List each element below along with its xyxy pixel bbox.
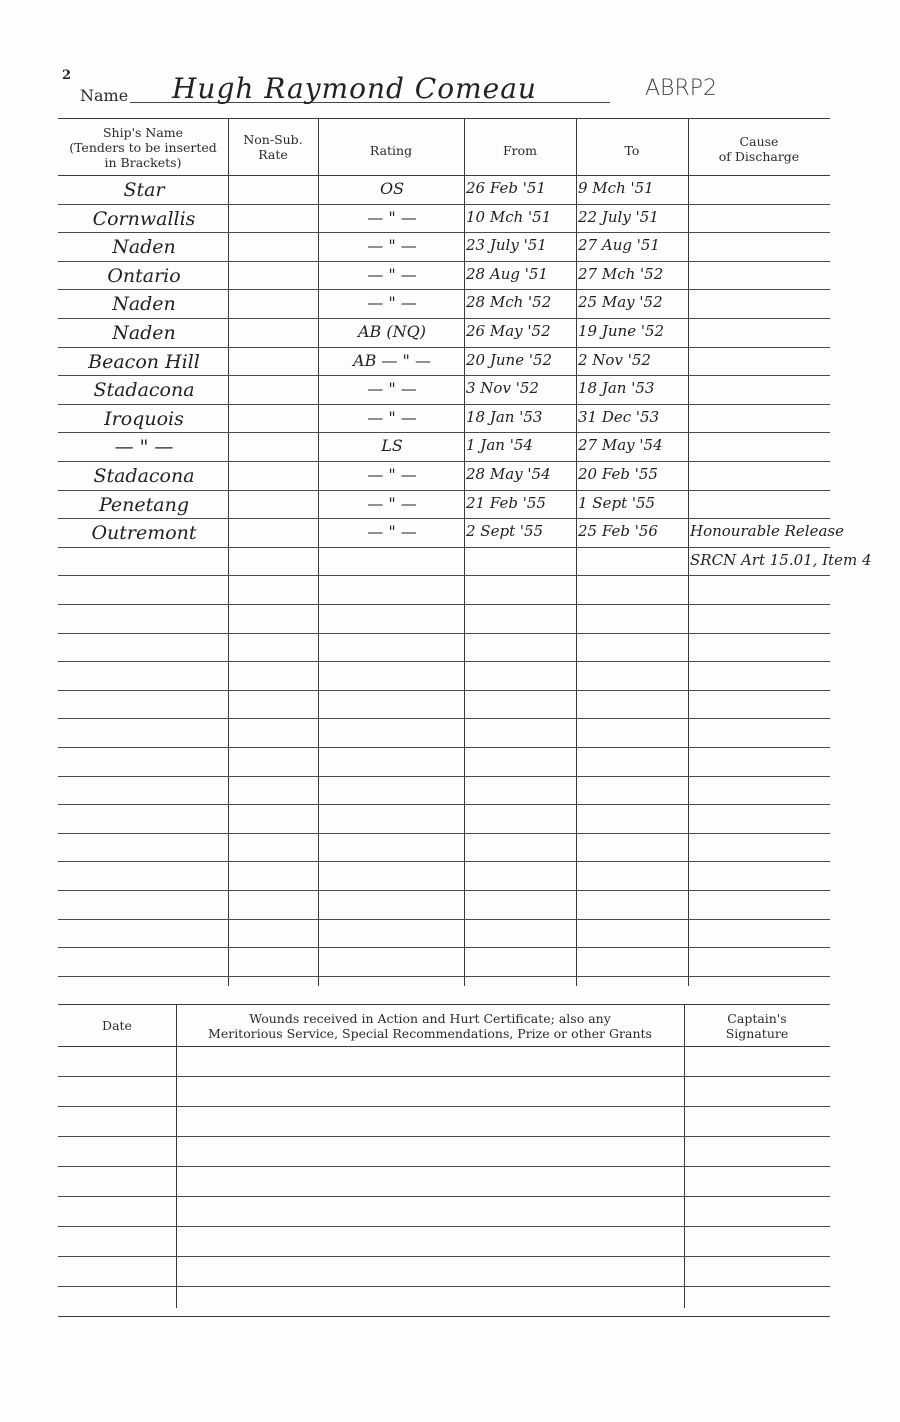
row-line [58,289,830,290]
column-header-date: Date [58,1018,176,1033]
row-line [58,1226,830,1227]
cell-from: 26 May '52 [466,322,576,340]
row-line [58,776,830,777]
cell-rating: — " — [322,208,462,227]
row-line [58,432,830,433]
awards-header-bottom-border [58,1046,830,1047]
header-line: Wounds received in Action and Hurt Certi… [176,1011,684,1026]
column-divider [464,118,465,986]
row-line [58,1136,830,1137]
row-line [58,976,830,977]
cell-to: 9 Mch '51 [578,179,688,197]
row-line [58,718,830,719]
column-header-from: From [464,143,576,158]
row-line [58,1106,830,1107]
header-line: Ship's Name [58,125,228,140]
cell-ship: Star [62,179,226,201]
column-header-non-sub-rate: Non-Sub. Rate [228,132,318,162]
row-line [58,861,830,862]
row-line [58,575,830,576]
row-line [58,1196,830,1197]
header-line: Meritorious Service, Special Recommendat… [176,1026,684,1041]
header-line: in Brackets) [58,155,228,170]
cell-rating: — " — [322,494,462,513]
cell-to: 20 Feb '55 [578,465,688,483]
cell-rating: — " — [322,522,462,541]
cell-ship: Naden [62,293,226,315]
cell-rating: LS [322,436,462,455]
cell-rating: — " — [322,293,462,312]
cell-ship: — " — [62,436,226,458]
cell-from: 21 Feb '55 [466,494,576,512]
awards-bottom-border [58,1316,830,1317]
cell-from: 10 Mch '51 [466,208,576,226]
cell-rating: AB (NQ) [322,322,462,341]
cell-to: 27 Aug '51 [578,236,688,254]
column-header-cause-of-discharge: Cause of Discharge [688,134,830,164]
row-line [58,890,830,891]
cell-to: 25 Feb '56 [578,522,688,540]
row-line [58,833,830,834]
cell-rating: — " — [322,379,462,398]
cell-to: 19 June '52 [578,322,688,340]
row-line [58,490,830,491]
cell-cause: Honourable Release [690,522,900,540]
cell-ship: Naden [62,236,226,258]
cell-to: 31 Dec '53 [578,408,688,426]
row-line [58,518,830,519]
row-line [58,318,830,319]
cell-ship: Cornwallis [62,208,226,230]
cell-to: 1 Sept '55 [578,494,688,512]
row-line [58,547,830,548]
row-line [58,1286,830,1287]
cell-from: 2 Sept '55 [466,522,576,540]
row-line [58,1076,830,1077]
cell-from: 18 Jan '53 [466,408,576,426]
row-line [58,804,830,805]
column-header-ships-name: Ship's Name (Tenders to be inserted in B… [58,125,228,170]
rank-annotation: ABRP2 [645,76,717,101]
row-line [58,375,830,376]
cell-cause: SRCN Art 15.01, Item 4 [690,551,900,569]
cell-from: 28 May '54 [466,465,576,483]
page-number: 2 [62,68,71,83]
row-line [58,747,830,748]
table-top-border [58,118,830,119]
cell-ship: Stadacona [62,379,226,401]
cell-ship: Iroquois [62,408,226,430]
cell-from: 20 June '52 [466,351,576,369]
cell-ship: Outremont [62,522,226,544]
cell-from: 1 Jan '54 [466,436,576,454]
cell-rating: OS [322,179,462,198]
row-line [58,661,830,662]
row-line [58,461,830,462]
column-divider [684,1004,685,1308]
column-divider [576,118,577,986]
cell-ship: Penetang [62,494,226,516]
cell-to: 2 Nov '52 [578,351,688,369]
row-line [58,1166,830,1167]
cell-to: 27 May '54 [578,436,688,454]
cell-from: 28 Mch '52 [466,293,576,311]
cell-to: 25 May '52 [578,293,688,311]
column-header-captains-signature: Captain's Signature [684,1011,830,1041]
cell-ship: Beacon Hill [62,351,226,373]
row-line [58,633,830,634]
row-line [58,204,830,205]
cell-ship: Stadacona [62,465,226,487]
row-line [58,404,830,405]
row-line [58,1256,830,1257]
column-divider [688,118,689,986]
cell-rating: AB — " — [322,351,462,370]
awards-top-border [58,1004,830,1005]
column-header-to: To [576,143,688,158]
header-line: Captain's [684,1011,830,1026]
cell-to: 18 Jan '53 [578,379,688,397]
header-line: (Tenders to be inserted [58,140,228,155]
row-line [58,919,830,920]
header-line: Cause [688,134,830,149]
name-value: Hugh Raymond Comeau [172,72,537,105]
column-header-rating: Rating [318,143,464,158]
row-line [58,604,830,605]
cell-rating: — " — [322,408,462,427]
header-bottom-border [58,175,830,176]
header-line: Rate [228,147,318,162]
row-line [58,232,830,233]
row-line [58,690,830,691]
cell-ship: Ontario [62,265,226,287]
cell-from: 26 Feb '51 [466,179,576,197]
cell-rating: — " — [322,236,462,255]
column-header-wounds-and-grants: Wounds received in Action and Hurt Certi… [176,1011,684,1041]
header-line: Non-Sub. [228,132,318,147]
cell-rating: — " — [322,465,462,484]
cell-to: 27 Mch '52 [578,265,688,283]
header-line: of Discharge [688,149,830,164]
header-line: Signature [684,1026,830,1041]
name-label: Name [80,86,128,105]
row-line [58,947,830,948]
cell-ship: Naden [62,322,226,344]
cell-from: 3 Nov '52 [466,379,576,397]
row-line [58,261,830,262]
column-divider [228,118,229,986]
cell-from: 23 July '51 [466,236,576,254]
column-divider [176,1004,177,1308]
row-line [58,347,830,348]
cell-rating: — " — [322,265,462,284]
cell-from: 28 Aug '51 [466,265,576,283]
column-divider [318,118,319,986]
cell-to: 22 July '51 [578,208,688,226]
